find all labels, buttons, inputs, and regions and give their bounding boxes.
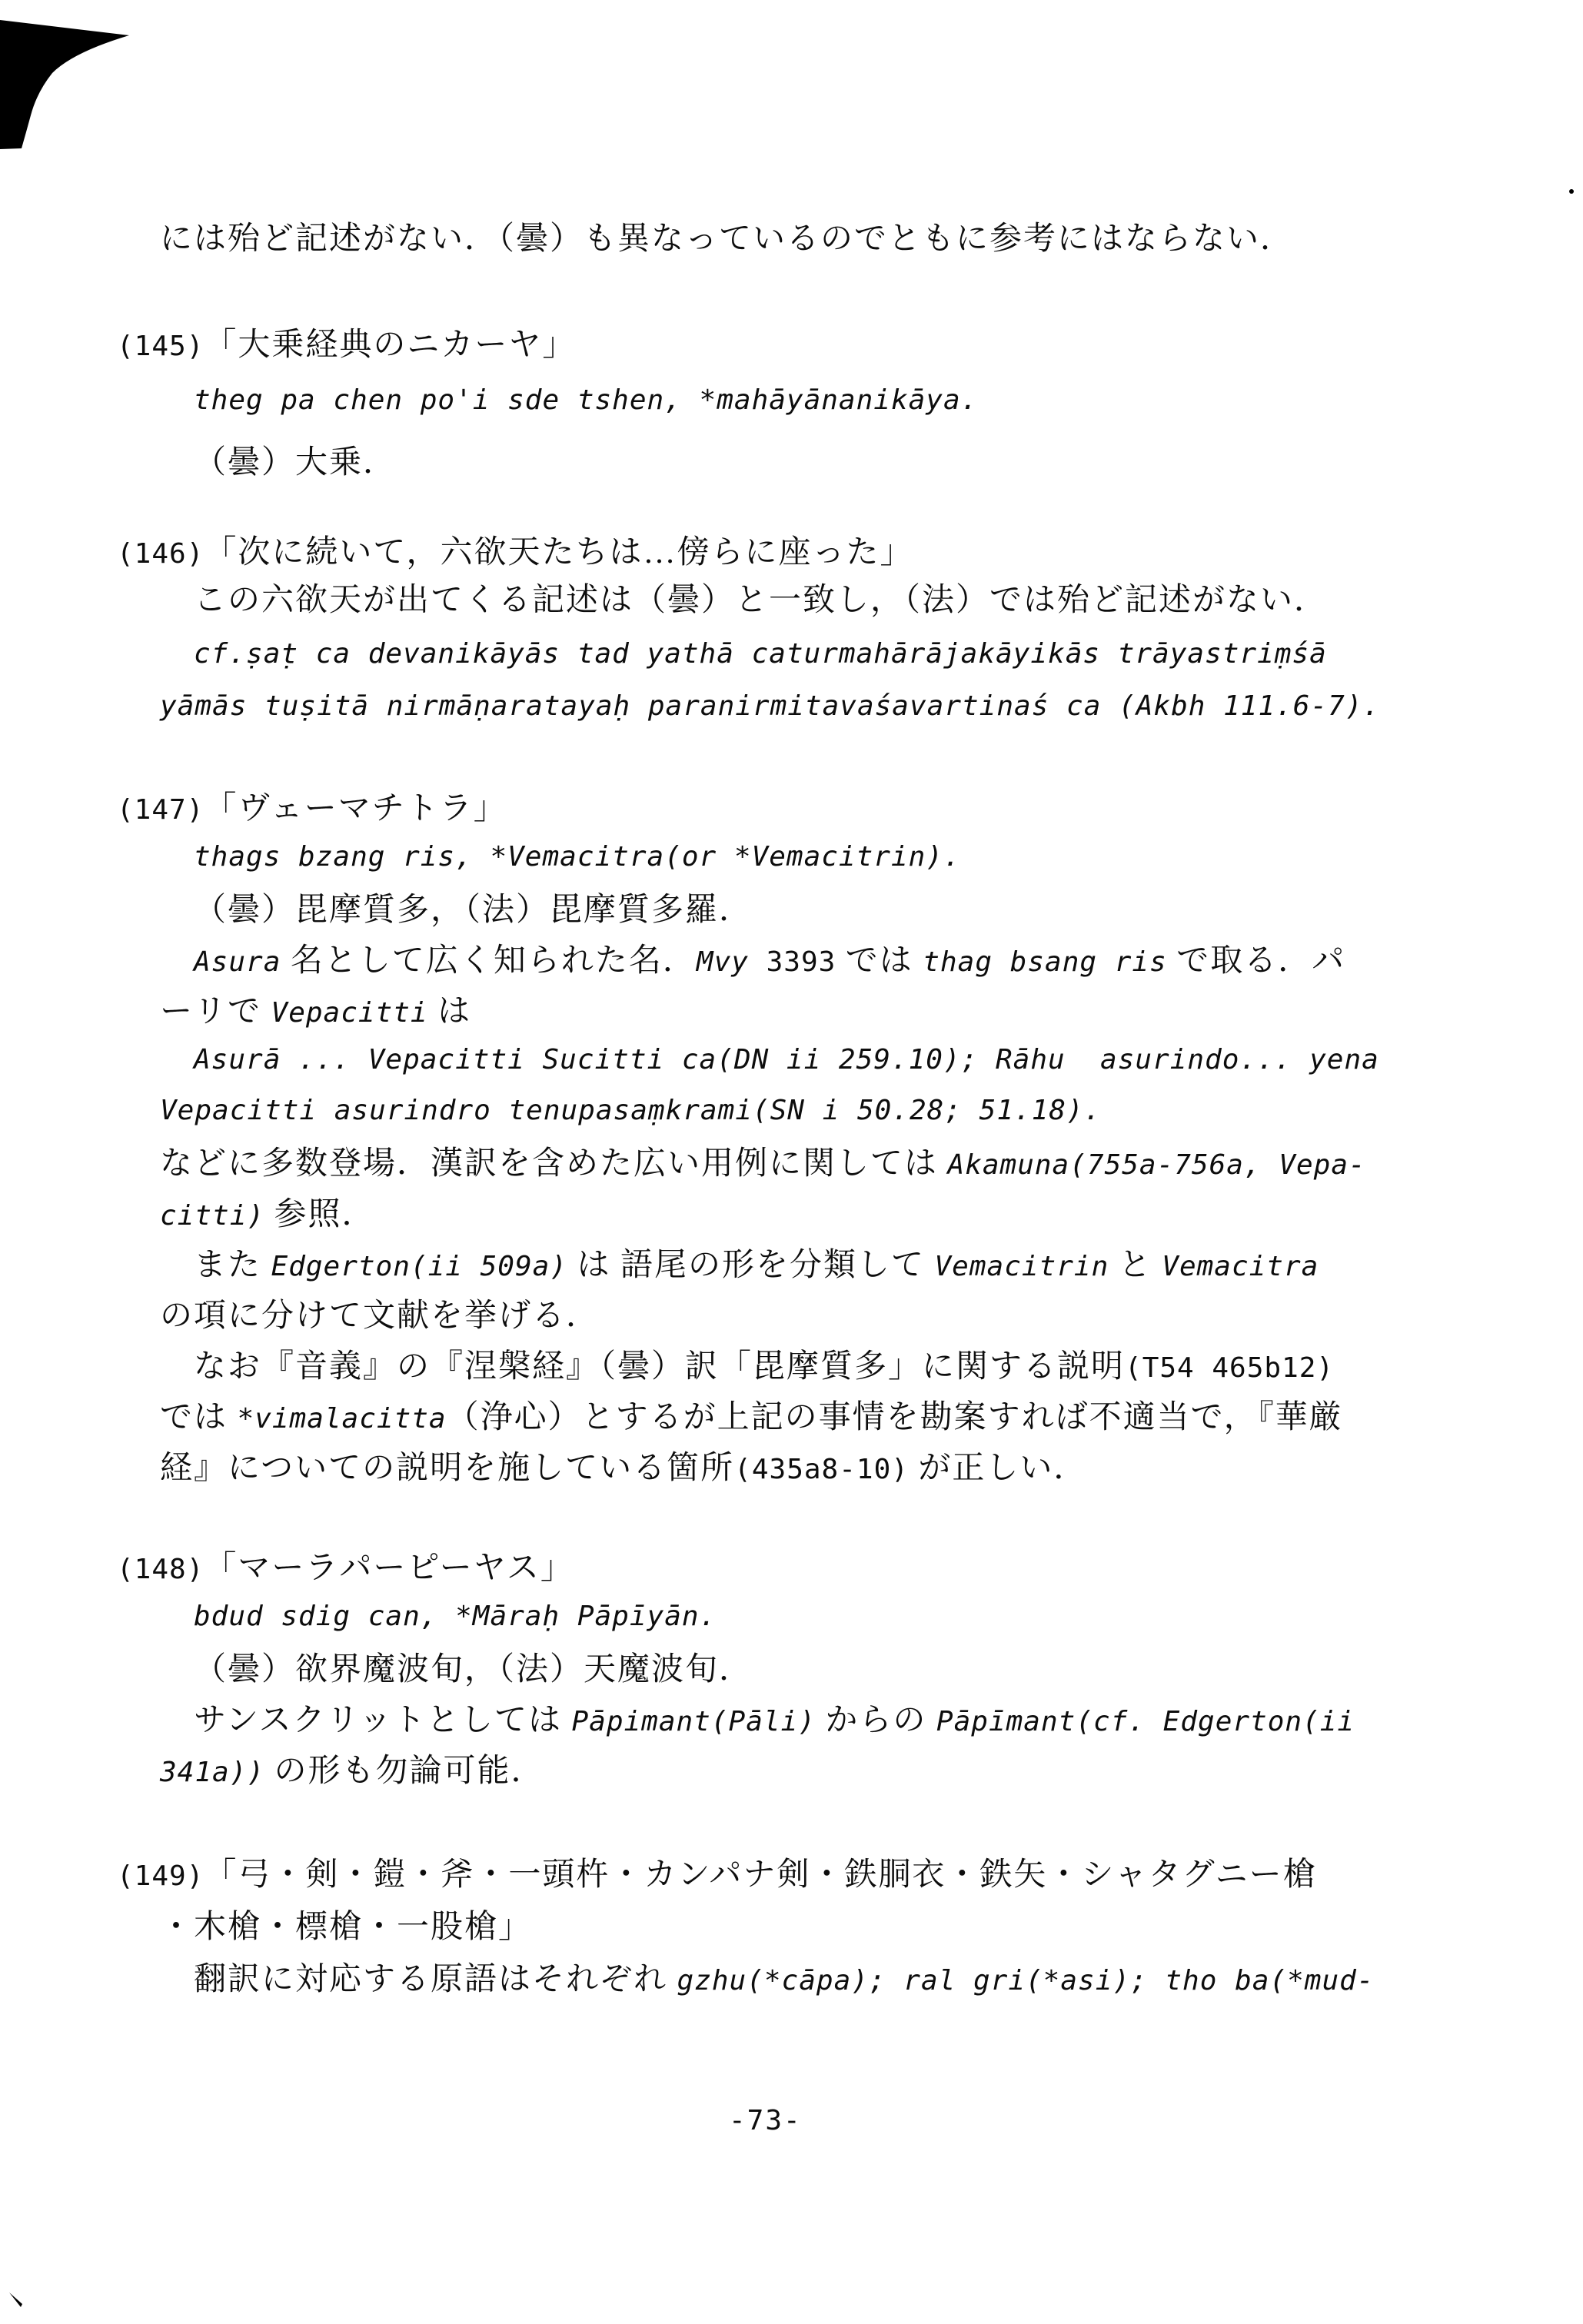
text-segment: からの	[816, 1703, 936, 1738]
text-segment: なお『音義』の『涅槃経』（曇）訳「毘摩質多」に関する説明	[194, 1349, 1125, 1385]
text-line-28: (149)「弓・剣・鎧・斧・一頭杵・カンパナ剣・鉄胴衣・鉄矢・シャタグニー槍	[117, 1857, 1317, 1895]
text-segment: 341a))	[160, 1757, 264, 1788]
scan-mark-bottom-left	[6, 2289, 29, 2311]
text-segment: ーリで	[160, 994, 271, 1029]
text-segment: (149)	[117, 1860, 204, 1892]
text-segment: ・木槍・標槍・一股槍」	[160, 1910, 532, 1945]
text-line-29: ・木槍・標槍・一股槍」	[160, 1909, 532, 1947]
text-segment: で取る．パ	[1167, 943, 1346, 979]
text-segment: と	[1109, 1248, 1162, 1283]
text-segment: などに多数登場．漢訳を含めた広い用例に関しては	[160, 1146, 948, 1182]
text-line-15: Vepacitti asurindro tenupasaṃkrami(SN i …	[160, 1095, 1101, 1127]
text-segment: citti)	[160, 1200, 264, 1232]
text-segment: Mvy	[697, 946, 767, 978]
text-line-8: yāmās tuṣitā nirmāṇaratayaḥ paranirmitav…	[160, 690, 1380, 723]
text-segment: は	[428, 994, 472, 1029]
text-segment: Vepacitti asurindro tenupasaṃkrami(SN i …	[160, 1095, 1101, 1126]
text-segment: (148)	[117, 1554, 204, 1585]
text-segment: 「弓・剣・鎧・斧・一頭杵・カンパナ剣・鉄胴衣・鉄矢・シャタグニー槍	[204, 1857, 1316, 1893]
text-line-2: (145)「大乗経典のニカーヤ」	[117, 327, 576, 365]
scan-artifact-corner-triangle	[0, 0, 138, 154]
text-line-18: また Edgerton(ii 509a) は 語尾の形を分類して Vemacit…	[194, 1247, 1319, 1285]
text-segment: 「マーラパーピーヤス」	[204, 1551, 574, 1586]
text-line-27: 341a)) の形も勿論可能．	[160, 1753, 545, 1791]
text-line-5: (146)「次に続いて，六欲天たちは…傍らに座った」	[117, 534, 914, 573]
text-segment: （浄心）とするが上記の事情を勘案すれば不適当で，『華厳	[447, 1400, 1343, 1435]
text-line-26: サンスクリットとしては Pāpimant(Pāli) からの Pāpīmant(…	[194, 1702, 1355, 1741]
text-segment: また	[194, 1248, 271, 1283]
text-line-10: thags bzang ris, *Vemacitra(or *Vemacitr…	[194, 841, 961, 873]
text-segment: gzhu(*cāpa); ral gri(*asi); tho ba(*mud-	[677, 1965, 1375, 1997]
text-segment: Asura	[194, 946, 281, 978]
text-line-11: （曇）毘摩質多，（法）毘摩質多羅．	[194, 892, 753, 930]
text-segment: 参照．	[264, 1197, 376, 1232]
text-segment: では	[836, 943, 923, 979]
text-line-16: などに多数登場．漢訳を含めた広い用例に関しては Akamuna(755a-756…	[160, 1145, 1366, 1184]
text-segment: 「次に続いて，六欲天たちは…傍らに座った」	[204, 535, 913, 570]
text-segment: (147)	[117, 794, 204, 826]
text-segment: theg pa chen po'i sde tshen, *mahāyānani…	[194, 384, 978, 416]
scanned-document-page: には殆ど記述がない．（曇）も異なっているのでともに参考にはならない．(145)「…	[0, 0, 1583, 2324]
text-segment: 経』についての説明を施している箇所	[160, 1451, 734, 1486]
text-segment: yāmās tuṣitā nirmāṇaratayaḥ paranirmitav…	[160, 690, 1380, 722]
text-line-4: （曇）大乗．	[194, 444, 397, 483]
text-line-23: (148)「マーラパーピーヤス」	[117, 1550, 574, 1588]
page-number: -73-	[729, 2105, 802, 2136]
text-segment: には殆ど記述がない．（曇）も異なっているのでともに参考にはならない．	[160, 221, 1294, 257]
text-line-19: の項に分けて文献を挙げる．	[160, 1298, 600, 1336]
text-segment: Pāpimant(Pāli)	[571, 1706, 815, 1737]
text-line-30: 翻訳に対応する原語はそれぞれ gzhu(*cāpa); ral gri(*asi…	[194, 1961, 1374, 2000]
text-line-9: (147)「ヴェーマチトラ」	[117, 790, 507, 829]
text-segment: 「ヴェーマチトラ」	[204, 791, 507, 826]
text-segment: 「大乗経典のニカーヤ」	[204, 327, 576, 363]
text-segment: （曇）毘摩質多，（法）毘摩質多羅．	[194, 893, 753, 928]
text-line-24: bdud sdig can, *Māraḥ Pāpīyān.	[194, 1601, 717, 1633]
text-segment: は 語尾の形を分類して	[567, 1248, 935, 1283]
text-segment: Akamuna(755a-756a, Vepa-	[948, 1149, 1366, 1181]
text-segment: の形も勿論可能．	[264, 1754, 545, 1789]
text-segment: この六欲天が出てくる記述は（曇）と一致し，（法）では殆ど記述がない．	[194, 583, 1328, 618]
text-line-22: 経』についての説明を施している箇所(435a8-10) が正しい．	[160, 1450, 1087, 1488]
text-segment: (146)	[117, 538, 204, 570]
text-line-20: なお『音義』の『涅槃経』（曇）訳「毘摩質多」に関する説明(T54 465b12)	[194, 1348, 1334, 1387]
text-segment: Vemacitra	[1162, 1251, 1319, 1282]
text-segment: Pāpīmant(cf. Edgerton(ii	[936, 1706, 1355, 1737]
text-line-25: （曇）欲界魔波旬，（法）天魔波旬．	[194, 1651, 753, 1690]
text-segment: では	[160, 1400, 238, 1435]
text-segment: Asurā ... Vepacitti Sucitti ca(DN ii 259…	[194, 1044, 1379, 1076]
text-segment: 3393	[767, 946, 836, 978]
text-line-13: ーリで Vepacitti は	[160, 993, 471, 1032]
text-segment: の項に分けて文献を挙げる．	[160, 1298, 600, 1334]
text-segment: サンスクリットとしては	[194, 1703, 571, 1738]
text-segment: が正しい．	[909, 1451, 1088, 1486]
text-segment: (145)	[117, 331, 204, 362]
text-segment: 名として広く知られた名．	[281, 943, 697, 979]
text-segment: Edgerton(ii 509a)	[271, 1251, 567, 1282]
text-line-21: では *vimalacitta（浄心）とするが上記の事情を勘案すれば不適当で，『…	[160, 1399, 1343, 1438]
text-segment: (435a8-10)	[734, 1454, 909, 1485]
text-segment: Vepacitti	[271, 997, 428, 1029]
text-line-14: Asurā ... Vepacitti Sucitti ca(DN ii 259…	[194, 1044, 1379, 1076]
text-segment: *vimalacitta	[238, 1403, 447, 1435]
text-line-3: theg pa chen po'i sde tshen, *mahāyānani…	[194, 384, 978, 417]
text-segment: Vemacitrin	[935, 1251, 1109, 1282]
text-line-12: Asura 名として広く知られた名．Mvy 3393 では thag bsang…	[194, 943, 1345, 981]
text-line-1: には殆ど記述がない．（曇）も異なっているのでともに参考にはならない．	[160, 221, 1294, 259]
text-line-7: cf.ṣaṭ ca devanikāyās tad yathā caturmah…	[194, 638, 1327, 670]
text-segment: (T54 465b12)	[1125, 1352, 1334, 1384]
scan-speck-top-right	[1569, 189, 1574, 194]
text-segment: thags bzang ris, *Vemacitra(or *Vemacitr…	[194, 841, 961, 873]
text-segment: 翻訳に対応する原語はそれぞれ	[194, 1962, 677, 1997]
text-segment: thag bsang ris	[923, 946, 1166, 978]
text-segment: （曇）大乗．	[194, 445, 397, 480]
text-segment: bdud sdig can, *Māraḥ Pāpīyān.	[194, 1601, 717, 1632]
text-segment: cf.ṣaṭ ca devanikāyās tad yathā caturmah…	[194, 638, 1327, 670]
text-line-17: citti) 参照．	[160, 1196, 376, 1235]
text-line-6: この六欲天が出てくる記述は（曇）と一致し，（法）では殆ど記述がない．	[194, 582, 1328, 620]
text-segment: （曇）欲界魔波旬，（法）天魔波旬．	[194, 1652, 753, 1687]
